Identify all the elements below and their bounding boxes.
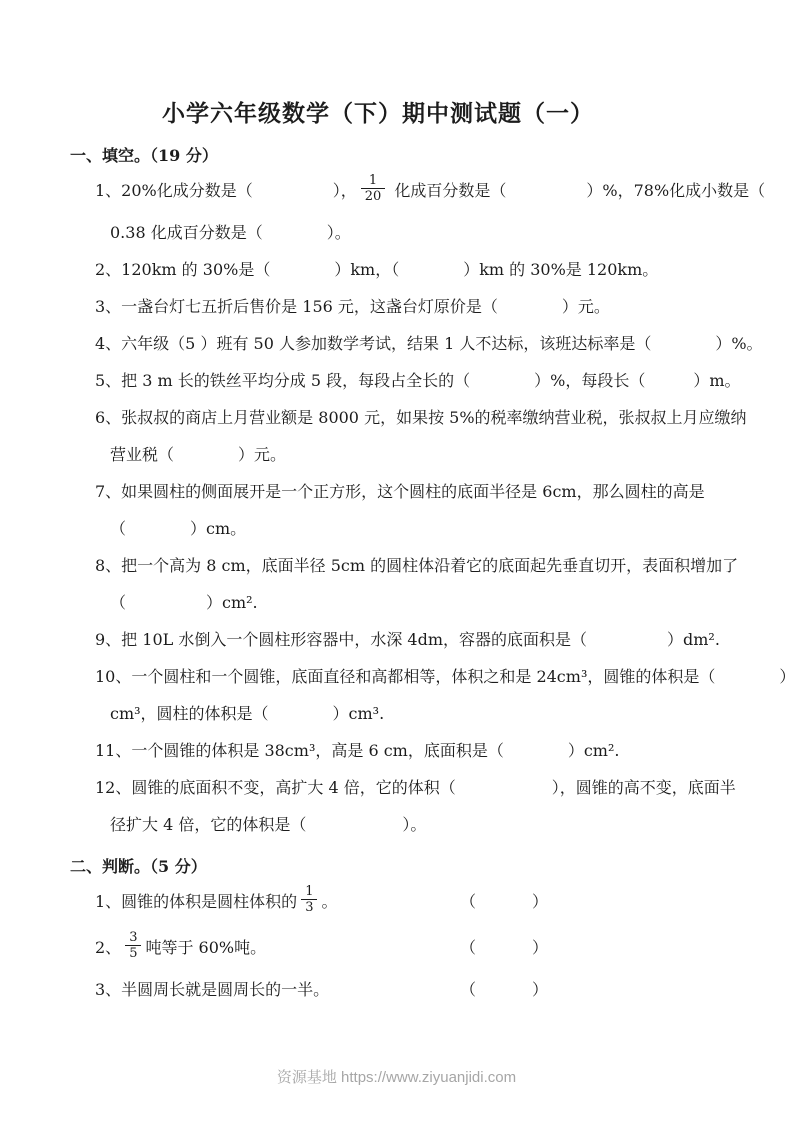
watermark-text: 资源基地 https://www.ziyuanjidi.com	[277, 1069, 516, 1086]
answer-blank: （ ）	[460, 925, 550, 971]
question-text: 3、一盏台灯七五折后售价是 156 元，这盏台灯原价是（ ）元。	[95, 297, 610, 316]
question-line: cm³，圆柱的体积是（ ）cm³.	[70, 695, 746, 732]
fraction: 35	[125, 930, 141, 961]
fraction-numerator: 3	[125, 930, 141, 945]
question-text: 10、一个圆柱和一个圆锥，底面直径和高都相等，体积之和是 24cm³，圆锥的体积…	[95, 667, 793, 686]
question-line: 9、把 10L 水倒入一个圆柱形容器中，水深 4dm，容器的底面积是（ ）dm²…	[70, 621, 746, 658]
fraction: 13	[301, 884, 317, 915]
question-text: 2、120km 的 30%是（ ）km，（ ）km 的 30%是 120km。	[95, 260, 658, 279]
question-line: 0.38 化成百分数是（ ）。	[70, 214, 746, 251]
section-fill-in-blanks: 一、填空。（19 分） 1、20%化成分数是（ ），120 化成百分数是（ ）%…	[70, 144, 746, 843]
question-line: 8、把一个高为 8 cm，底面半径 5cm 的圆柱体沿着它的底面起先垂直切开，表…	[70, 547, 746, 584]
question-text: （ ）cm².	[110, 593, 258, 612]
fraction-denominator: 20	[361, 188, 386, 204]
question-text: 7、如果圆柱的侧面展开是一个正方形，这个圆柱的底面半径是 6cm，那么圆柱的高是	[95, 482, 705, 501]
question-text: 5、把 3 m 长的铁丝平均分成 5 段，每段占全长的（ ）%，每段长（ ）m。	[95, 371, 741, 390]
section-heading-fill: 一、填空。（19 分）	[70, 144, 746, 168]
question-text: 0.38 化成百分数是（ ）。	[110, 223, 351, 242]
question-text: 3、半圆周长就是圆周长的一半。	[95, 980, 329, 999]
question-text: 1、圆锥的体积是圆柱体积的	[95, 892, 297, 911]
question-text: 。	[321, 892, 337, 911]
question-text: 径扩大 4 倍，它的体积是（ ）。	[110, 815, 426, 834]
fraction-numerator: 1	[301, 884, 317, 899]
question-text: 11、一个圆锥的体积是 38cm³，高是 6 cm，底面积是（ ）cm².	[95, 741, 619, 760]
question-line: 12、圆锥的底面积不变，高扩大 4 倍，它的体积（ ），圆锥的高不变，底面半	[70, 769, 746, 806]
question-text: cm³，圆柱的体积是（ ）cm³.	[110, 704, 384, 723]
question-text: 6、张叔叔的商店上月营业额是 8000 元，如果按 5%的税率缴纳营业税，张叔叔…	[95, 408, 747, 427]
fraction: 120	[361, 173, 386, 204]
question-text: （ ）cm。	[110, 519, 246, 538]
question-line: 4、六年级（5 ）班有 50 人参加数学考试，结果 1 人不达标，该班达标率是（…	[70, 325, 746, 362]
section-heading-judge: 二、判断。（5 分）	[70, 855, 746, 879]
test-paper-page: 小学六年级数学（下）期中测试题（一） 一、填空。（19 分） 1、20%化成分数…	[0, 0, 793, 1122]
judge-question-list: 1、圆锥的体积是圆柱体积的13。（ ）2、35吨等于 60%吨。（ ）3、半圆周…	[70, 879, 746, 1008]
question-line: 7、如果圆柱的侧面展开是一个正方形，这个圆柱的底面半径是 6cm，那么圆柱的高是	[70, 473, 746, 510]
question-line: 6、张叔叔的商店上月营业额是 8000 元，如果按 5%的税率缴纳营业税，张叔叔…	[70, 399, 746, 436]
question-line: 11、一个圆锥的体积是 38cm³，高是 6 cm，底面积是（ ）cm².	[70, 732, 746, 769]
fraction-denominator: 3	[301, 899, 317, 915]
question-line: 2、35吨等于 60%吨。（ ）	[70, 925, 746, 971]
question-text: 2、	[95, 938, 121, 957]
question-text: 8、把一个高为 8 cm，底面半径 5cm 的圆柱体沿着它的底面起先垂直切开，表…	[95, 556, 738, 575]
question-line: 径扩大 4 倍，它的体积是（ ）。	[70, 806, 746, 843]
question-line: 3、半圆周长就是圆周长的一半。（ ）	[70, 971, 746, 1008]
document-title: 小学六年级数学（下）期中测试题（一）	[70, 0, 746, 130]
question-line: 1、圆锥的体积是圆柱体积的13。（ ）	[70, 879, 746, 925]
question-text: 4、六年级（5 ）班有 50 人参加数学考试，结果 1 人不达标，该班达标率是（…	[95, 334, 763, 353]
question-text: 9、把 10L 水倒入一个圆柱形容器中，水深 4dm，容器的底面积是（ ）dm²…	[95, 630, 720, 649]
fraction-denominator: 5	[125, 945, 141, 961]
question-line: （ ）cm。	[70, 510, 746, 547]
question-line: （ ）cm².	[70, 584, 746, 621]
fraction-numerator: 1	[361, 173, 386, 188]
section-true-false: 二、判断。（5 分） 1、圆锥的体积是圆柱体积的13。（ ）2、35吨等于 60…	[70, 855, 746, 1008]
question-line: 营业税（ ）元。	[70, 436, 746, 473]
fill-question-list: 1、20%化成分数是（ ），120 化成百分数是（ ）%，78%化成小数是（ ）…	[70, 168, 746, 843]
document-content: 小学六年级数学（下）期中测试题（一） 一、填空。（19 分） 1、20%化成分数…	[70, 0, 746, 1008]
site-watermark: 资源基地 https://www.ziyuanjidi.com	[0, 1066, 793, 1087]
answer-blank: （ ）	[460, 879, 550, 925]
question-text: 吨等于 60%吨。	[145, 938, 266, 957]
question-line: 5、把 3 m 长的铁丝平均分成 5 段，每段占全长的（ ）%，每段长（ ）m。	[70, 362, 746, 399]
question-text: 1、20%化成分数是（ ），	[95, 181, 357, 200]
answer-blank: （ ）	[460, 971, 550, 1008]
question-text: 12、圆锥的底面积不变，高扩大 4 倍，它的体积（ ），圆锥的高不变，底面半	[95, 778, 736, 797]
question-line: 1、20%化成分数是（ ），120 化成百分数是（ ）%，78%化成小数是（ ）…	[70, 168, 746, 214]
question-line: 10、一个圆柱和一个圆锥，底面直径和高都相等，体积之和是 24cm³，圆锥的体积…	[70, 658, 746, 695]
question-text: 化成百分数是（ ）%，78%化成小数是（ ），	[389, 181, 793, 200]
question-text: 营业税（ ）元。	[110, 445, 286, 464]
question-line: 3、一盏台灯七五折后售价是 156 元，这盏台灯原价是（ ）元。	[70, 288, 746, 325]
question-line: 2、120km 的 30%是（ ）km，（ ）km 的 30%是 120km。	[70, 251, 746, 288]
